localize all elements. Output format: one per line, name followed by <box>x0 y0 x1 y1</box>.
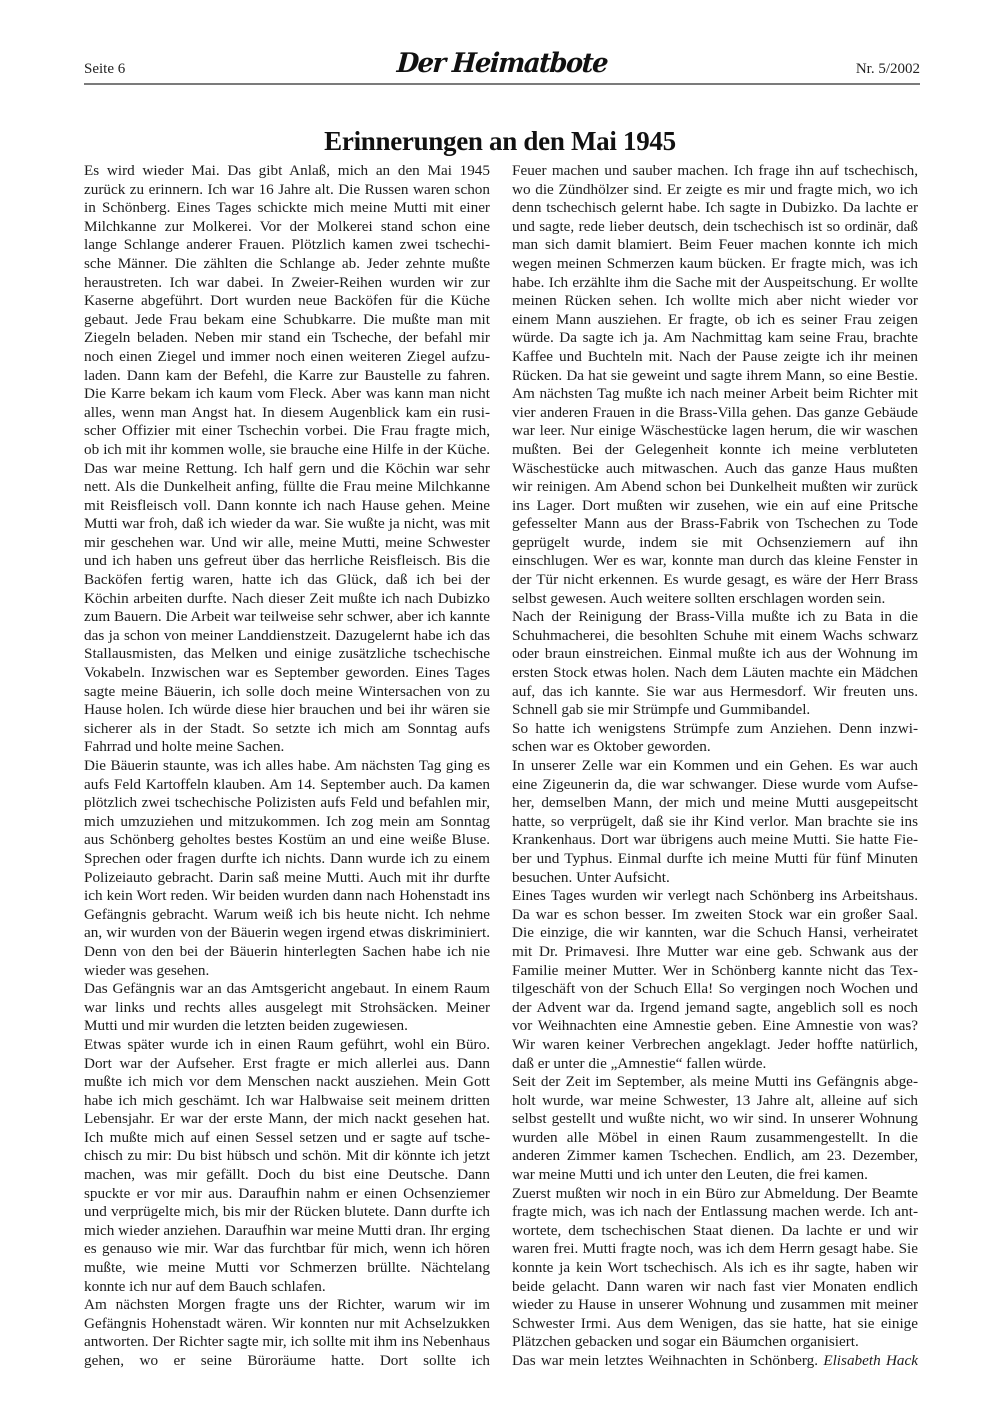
article-title: Erinnerungen an den Mai 1945 <box>0 126 1000 157</box>
paragraph: Es wird wieder Mai. Das gibt Anlaß, mich… <box>84 162 490 757</box>
paragraph: Zuerst mußten wir noch in ein Büro zur A… <box>512 1185 918 1352</box>
issue-number: Nr. 5/2002 <box>856 61 920 78</box>
masthead-logo: Der Heimatbote <box>104 48 900 79</box>
author-signature: Elisabeth Hack <box>823 1352 918 1369</box>
paragraph: Seit der Zeit im September, als meine Mu… <box>512 1073 918 1185</box>
paragraph: So hatte ich wenigstens Strümpfe zum Anz… <box>512 720 918 757</box>
closing-paragraph: Das war mein letztes Weihnachten in Schö… <box>512 1352 918 1371</box>
paragraph: Etwas später wurde ich in einen Raum gef… <box>84 1036 490 1296</box>
page-header: Seite 6 Der Heimatbote Nr. 5/2002 <box>84 52 920 84</box>
paragraph: Feuer machen und sauber machen. Ich frag… <box>512 162 918 608</box>
paragraph: Eines Tages wurden wir verlegt nach Schö… <box>512 887 918 1073</box>
article-column-right: Feuer machen und sauber machen. Ich frag… <box>512 162 918 1371</box>
paragraph: Am nächsten Morgen fragte uns der Richte… <box>84 1296 490 1370</box>
paragraph: Das Gefängnis war an das Amtsgericht ang… <box>84 980 490 1036</box>
newspaper-page: Seite 6 Der Heimatbote Nr. 5/2002 Erinne… <box>0 0 1000 1412</box>
header-divider <box>84 83 920 85</box>
paragraph: Die Bäuerin staunte, was ich alles habe.… <box>84 757 490 980</box>
article-column-left: Es wird wieder Mai. Das gibt Anlaß, mich… <box>84 162 490 1371</box>
paragraph: In unserer Zelle war ein Kommen und ein … <box>512 757 918 887</box>
paragraph: Nach der Reinigung der Brass-Villa mußte… <box>512 608 918 720</box>
closing-line: Das war mein letztes Weihnachten in Schö… <box>512 1352 818 1369</box>
